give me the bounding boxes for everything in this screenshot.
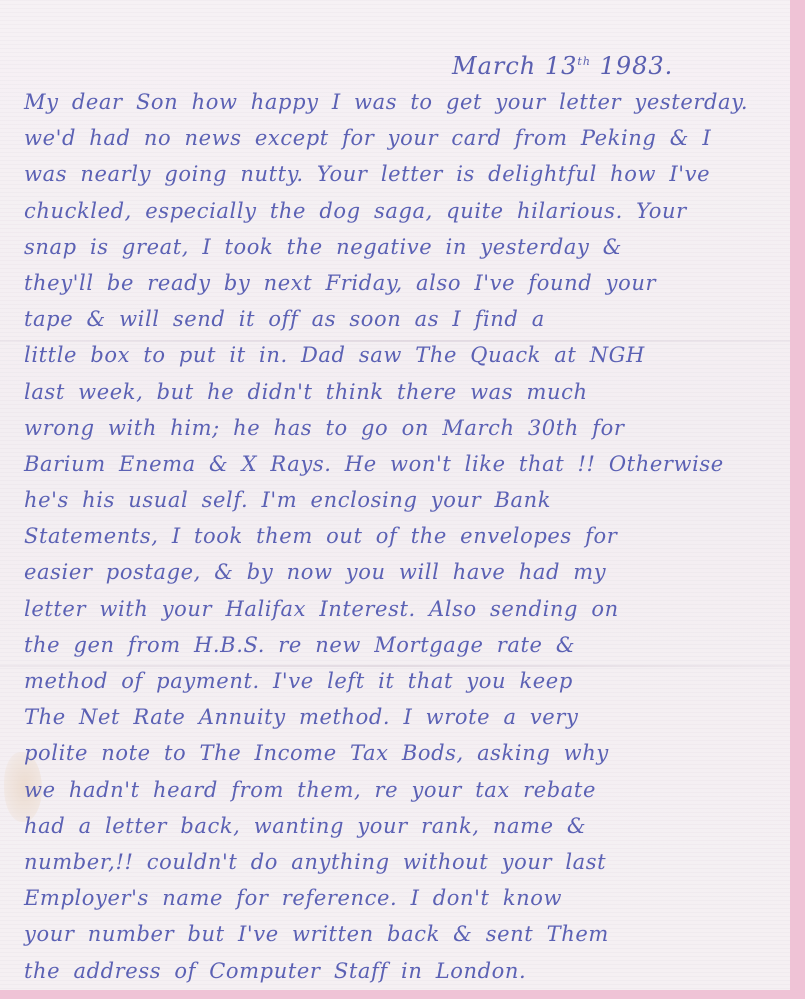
letter-line: they'll be ready by next Friday, also I'… [24, 265, 784, 301]
letter-line: snap is great, I took the negative in ye… [24, 229, 784, 265]
letter-line: your number but I've written back & sent… [24, 916, 784, 952]
letter-line: My dear Son how happy I was to get your … [24, 84, 784, 120]
letter-line: the gen from H.B.S. re new Mortgage rate… [24, 627, 784, 663]
letter-line: last week, but he didn't think there was… [24, 374, 784, 410]
letter-line: wrong with him; he has to go on March 30… [24, 410, 784, 446]
letter-line: number,!! couldn't do anything without y… [24, 844, 784, 880]
letter-body: My dear Son how happy I was to get your … [24, 84, 784, 989]
date-ordinal: th [577, 55, 591, 68]
letter-line: polite note to The Income Tax Bods, aski… [24, 735, 784, 771]
date-year: 1983. [600, 52, 674, 80]
letter-page: March 13th 1983. My dear Son how happy I… [0, 0, 790, 990]
letter-date: March 13th 1983. [452, 52, 673, 80]
letter-line: was nearly going nutty. Your letter is d… [24, 156, 784, 192]
letter-line: Statements, I took them out of the envel… [24, 518, 784, 554]
letter-line: the address of Computer Staff in London. [24, 953, 784, 989]
letter-line: had a letter back, wanting your rank, na… [24, 808, 784, 844]
pink-background-bottom [0, 990, 805, 999]
pink-background-edge [790, 0, 805, 999]
date-month-day: March 13 [452, 52, 577, 80]
letter-line: we hadn't heard from them, re your tax r… [24, 772, 784, 808]
letter-line: Employer's name for reference. I don't k… [24, 880, 784, 916]
letter-line: Barium Enema & X Rays. He won't like tha… [24, 446, 784, 482]
letter-line: easier postage, & by now you will have h… [24, 554, 784, 590]
letter-line: we'd had no news except for your card fr… [24, 120, 784, 156]
letter-line: tape & will send it off as soon as I fin… [24, 301, 784, 337]
letter-line: little box to put it in. Dad saw The Qua… [24, 337, 784, 373]
letter-line: method of payment. I've left it that you… [24, 663, 784, 699]
letter-line: chuckled, especially the dog saga, quite… [24, 193, 784, 229]
letter-line: The Net Rate Annuity method. I wrote a v… [24, 699, 784, 735]
letter-line: he's his usual self. I'm enclosing your … [24, 482, 784, 518]
letter-line: letter with your Halifax Interest. Also … [24, 591, 784, 627]
